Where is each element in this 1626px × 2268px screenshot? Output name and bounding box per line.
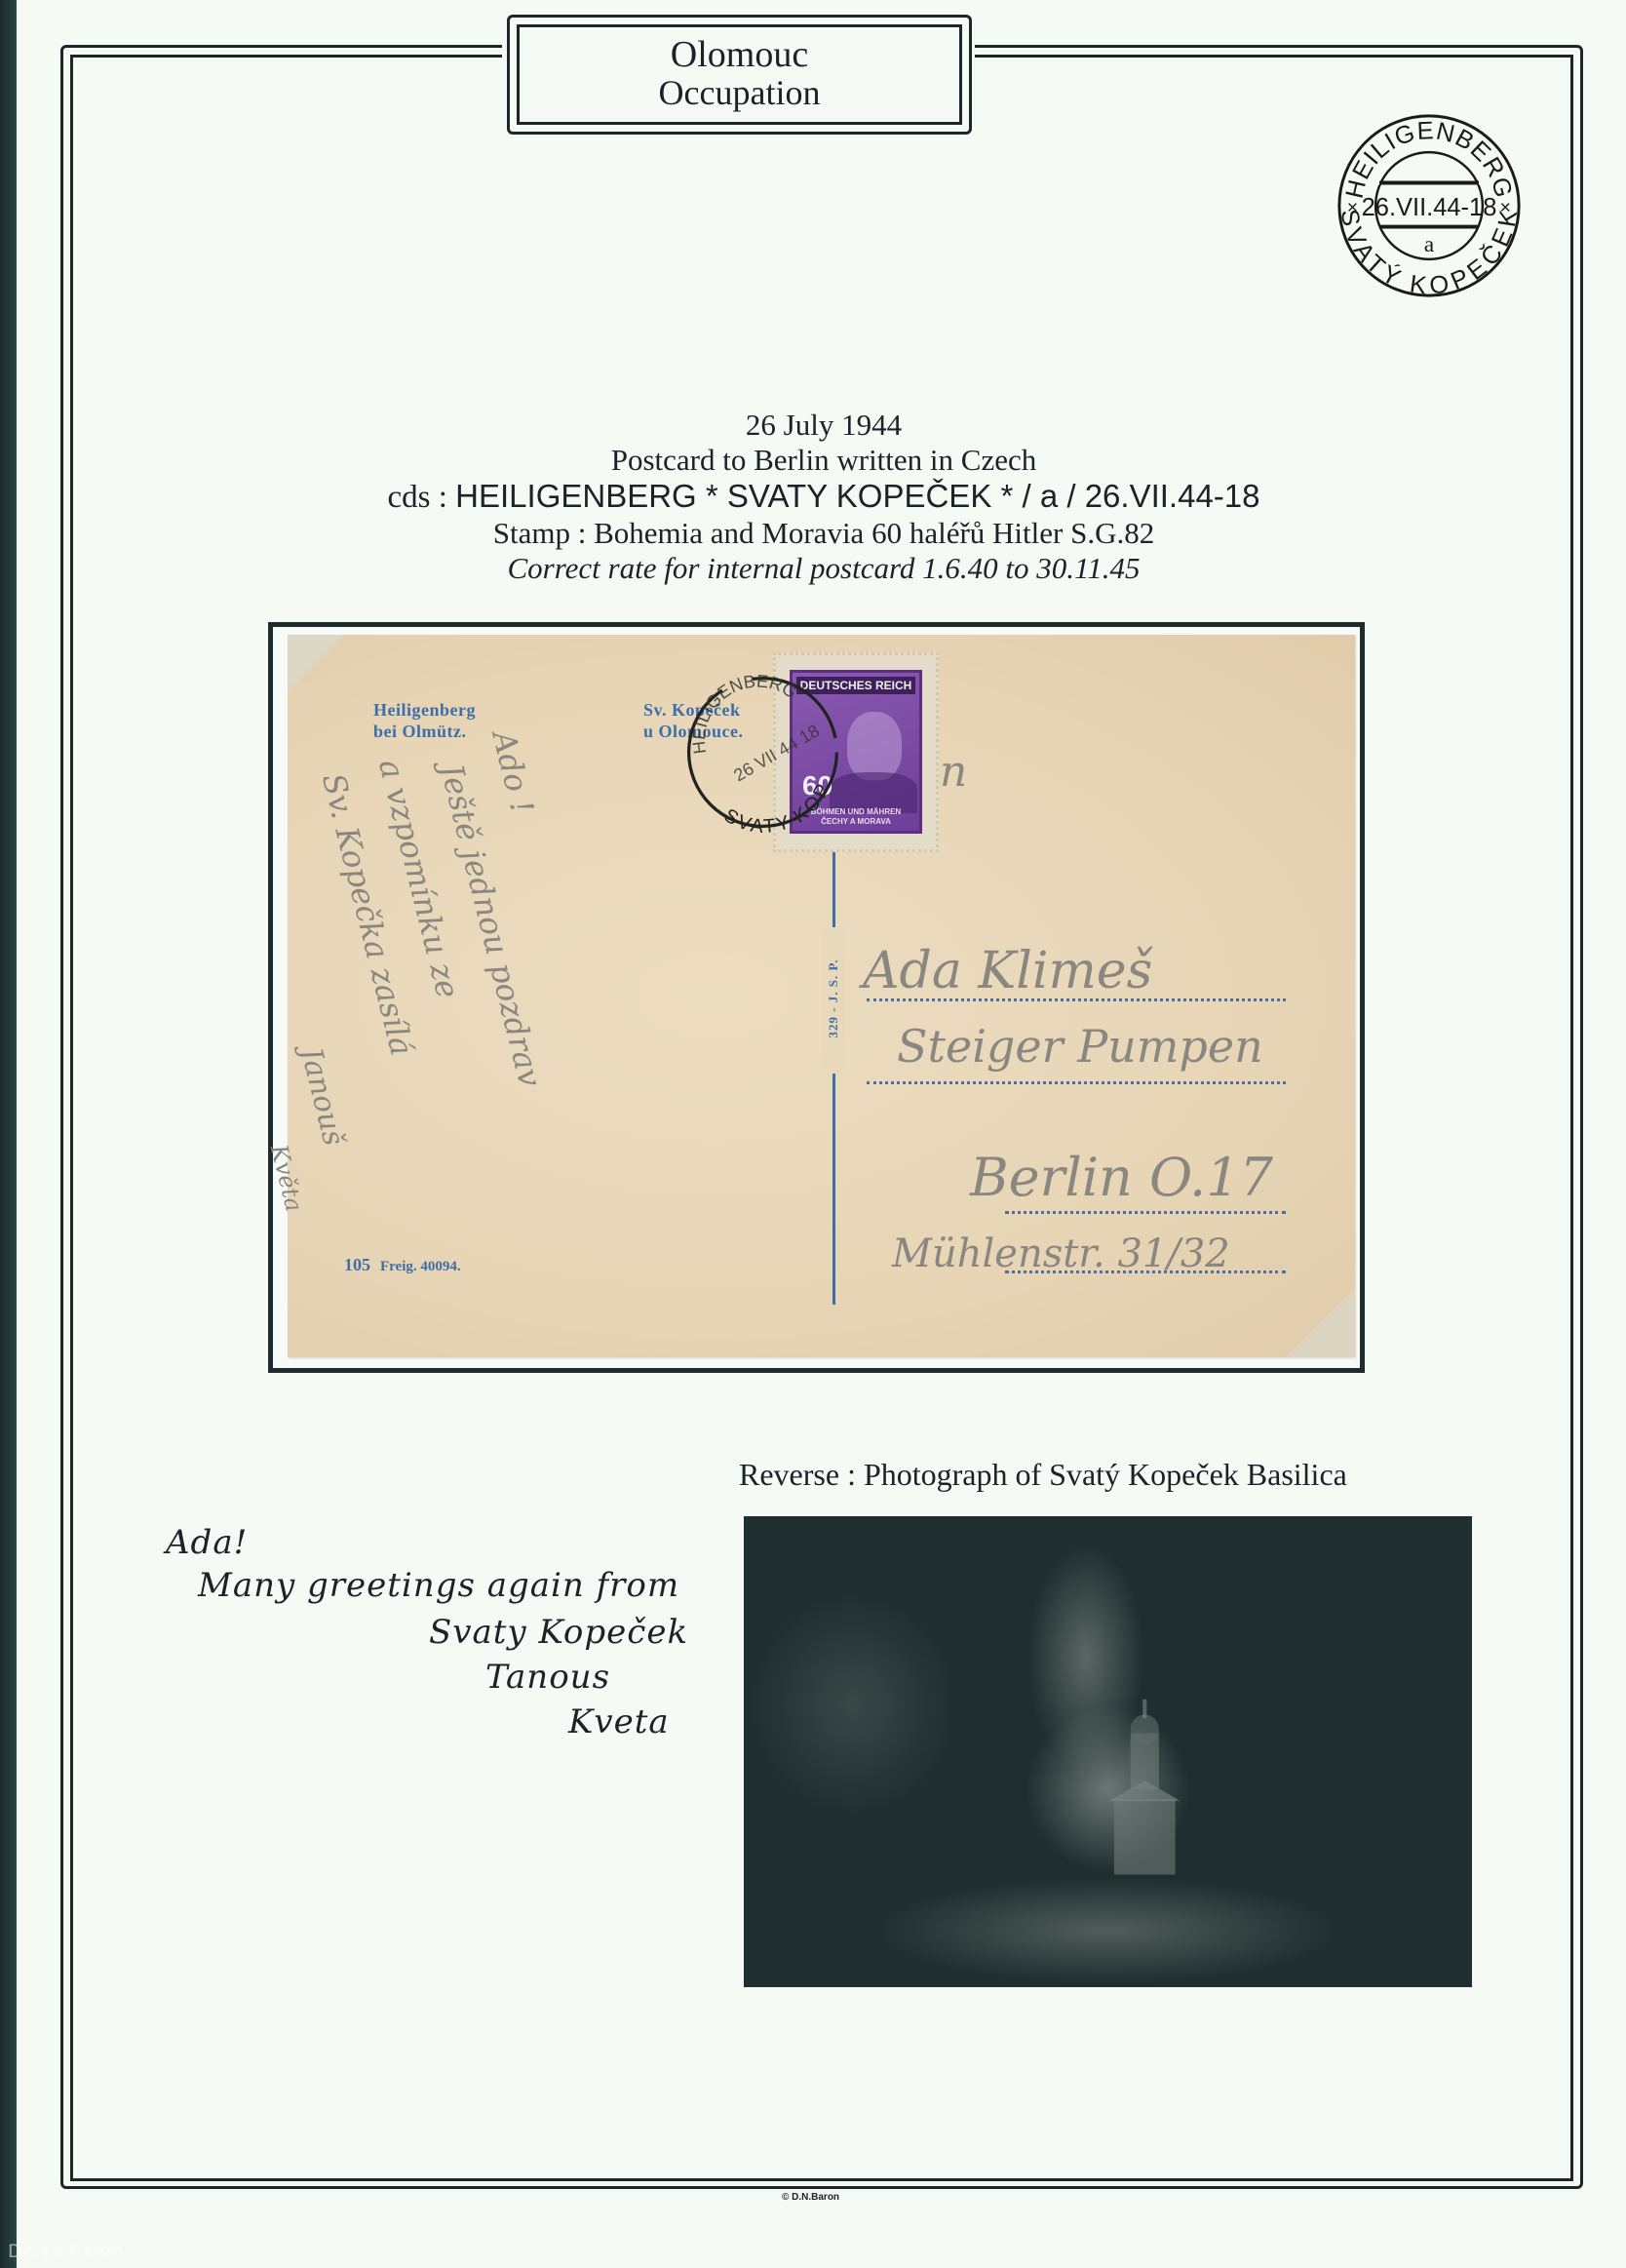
scan-edge-strip xyxy=(0,0,17,2268)
handwritten-message: Ado ! Ještě jednou pozdrav a vzpomínku z… xyxy=(304,724,616,1121)
page-subtitle: Occupation xyxy=(520,74,959,111)
cds-label: cds : xyxy=(387,480,455,515)
item-summary: Postcard to Berlin written in Czech xyxy=(146,443,1501,478)
page-title: Olomouc xyxy=(520,35,959,74)
postmark-icon: HEILIGENBERG SVATY KOP 26 VII 44 18 xyxy=(682,672,843,833)
address-rule xyxy=(1005,1211,1286,1214)
postcard-front: Heiligenberg bei Olmütz. Sv. Kopeček u O… xyxy=(288,635,1355,1357)
address-city: Berlin O.17 xyxy=(970,1147,1273,1208)
copyright: © D.N.Baron xyxy=(782,2192,839,2203)
cds-value: HEILIGENBERG * SVATY KOPEČEK * / a / 26.… xyxy=(455,478,1259,514)
divider-imprint: 329 - J. S. P. xyxy=(826,911,841,1086)
printed-code: Freig. 40094. xyxy=(380,1259,461,1274)
address-rule xyxy=(867,1081,1286,1084)
translation-line: Svaty Kopeček xyxy=(429,1613,688,1652)
translation-line: Tanous xyxy=(485,1658,610,1697)
title-box: Olomouc Occupation xyxy=(517,24,962,125)
item-stamp: Stamp : Bohemia and Moravia 60 haléřů Hi… xyxy=(146,516,1501,551)
translation-line: Ada! xyxy=(166,1523,248,1562)
cds-postmark-icon: HEILIGENBERG SVATÝ KOPEČEK 26.VII.44-18 … xyxy=(1334,110,1525,301)
item-cds: cds : HEILIGENBERG * SVATY KOPEČEK * / a… xyxy=(146,478,1501,516)
portrait-head-icon xyxy=(847,712,902,780)
mount-corner-top-left xyxy=(288,635,344,691)
mount-corner-bottom-right xyxy=(1285,1287,1355,1357)
item-rate-note: Correct rate for internal postcard 1.6.4… xyxy=(146,551,1501,586)
printed-text: Heiligenberg xyxy=(373,699,476,721)
address-name: Ada Klimeš xyxy=(863,942,1152,1000)
svg-text:SVATY KOP: SVATY KOP xyxy=(720,781,834,833)
basilica-icon xyxy=(1094,1696,1196,1884)
item-description: 26 July 1944 Postcard to Berlin written … xyxy=(146,408,1501,586)
reverse-caption: Reverse : Photograph of Svatý Kopeček Ba… xyxy=(739,1457,1347,1493)
watermark: Derek Baron xyxy=(8,2241,123,2262)
printed-publisher-code: 105Freig. 40094. xyxy=(344,1255,461,1275)
svg-text:a: a xyxy=(1424,232,1435,257)
address-company: Steiger Pumpen xyxy=(897,1020,1263,1073)
svg-text:26.VII.44-18: 26.VII.44-18 xyxy=(1362,194,1497,221)
handwritten-signature: Janouš xyxy=(293,1044,351,1149)
svg-text:×: × xyxy=(1347,197,1358,218)
printed-text: bei Olmütz. xyxy=(373,721,476,742)
svg-text:26 VII 44 18: 26 VII 44 18 xyxy=(730,721,823,785)
address-rule xyxy=(867,998,1286,1001)
translation-line: Many greetings again from xyxy=(198,1566,679,1605)
printed-place-german: Heiligenberg bei Olmütz. xyxy=(373,699,476,742)
svg-text:HEILIGENBERG: HEILIGENBERG xyxy=(1341,117,1518,201)
svg-text:×: × xyxy=(1500,197,1511,218)
translation-line: Kveta xyxy=(568,1702,670,1741)
item-date: 26 July 1944 xyxy=(146,408,1501,443)
printed-number: 105 xyxy=(344,1255,370,1274)
signature-1: Janouš xyxy=(293,1044,351,1149)
basilica-photograph xyxy=(744,1516,1472,1987)
address-rule xyxy=(1005,1271,1286,1273)
